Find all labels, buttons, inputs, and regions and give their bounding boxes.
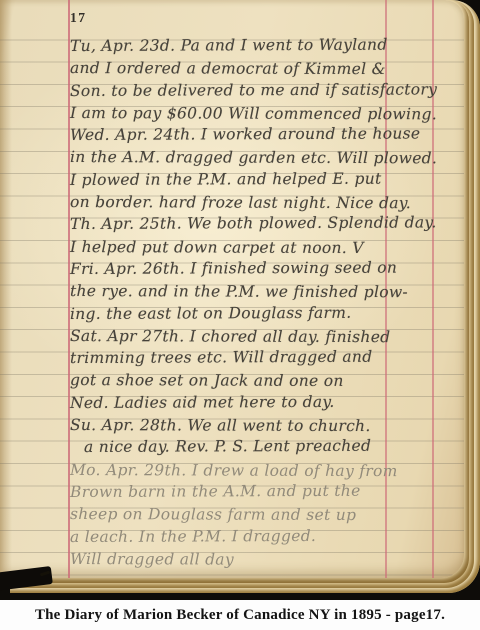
- diary-line: Tu, Apr. 23d. Pa and I went to Wayland: [70, 34, 450, 58]
- diary-line: a nice day. Rev. P. S. Lent preached: [70, 436, 450, 460]
- diary-line: got a shoe set on Jack and one on: [70, 370, 450, 394]
- caption-bar: The Diary of Marion Becker of Canadice N…: [0, 600, 480, 630]
- handwriting-block: Tu, Apr. 23d. Pa and I went to Wayland a…: [70, 36, 450, 571]
- diary-line: sheep on Douglass farm and set up: [70, 504, 450, 528]
- diary-line: Will dragged all day: [70, 549, 450, 573]
- diary-line: Ned. Ladies aid met here to day.: [70, 391, 450, 415]
- diary-line: Brown barn in the A.M. and put the: [70, 480, 450, 504]
- diary-line: I plowed in the P.M. and helped E. put: [70, 168, 450, 192]
- diary-line: and I ordered a democrat of Kimmel &: [70, 58, 450, 82]
- diary-line: Wed. Apr. 24th. I worked around the hous…: [70, 124, 450, 148]
- diary-line: a leach. In the P.M. I dragged.: [70, 525, 450, 549]
- diary-line: ing. the east lot on Douglass farm.: [70, 302, 450, 326]
- page-number: 17: [70, 10, 87, 26]
- diary-line: Fri. Apr. 26th. I finished sowing seed o…: [70, 257, 450, 281]
- diary-line: trimming trees etc. Will dragged and: [70, 346, 450, 370]
- diary-line: Th. Apr. 25th. We both plowed. Splendid …: [70, 213, 450, 237]
- diary-line: Son. to be delivered to me and if satisf…: [70, 79, 450, 103]
- diary-line: the rye. and in the P.M. we finished plo…: [70, 281, 450, 305]
- diary-scan-photo: 17 Tu, Apr. 23d. Pa and I went to Waylan…: [0, 0, 480, 600]
- caption-text: The Diary of Marion Becker of Canadice N…: [35, 607, 445, 624]
- diary-line: in the A.M. dragged garden etc. Will plo…: [70, 147, 450, 171]
- diary-page: 17 Tu, Apr. 23d. Pa and I went to Waylan…: [0, 0, 464, 578]
